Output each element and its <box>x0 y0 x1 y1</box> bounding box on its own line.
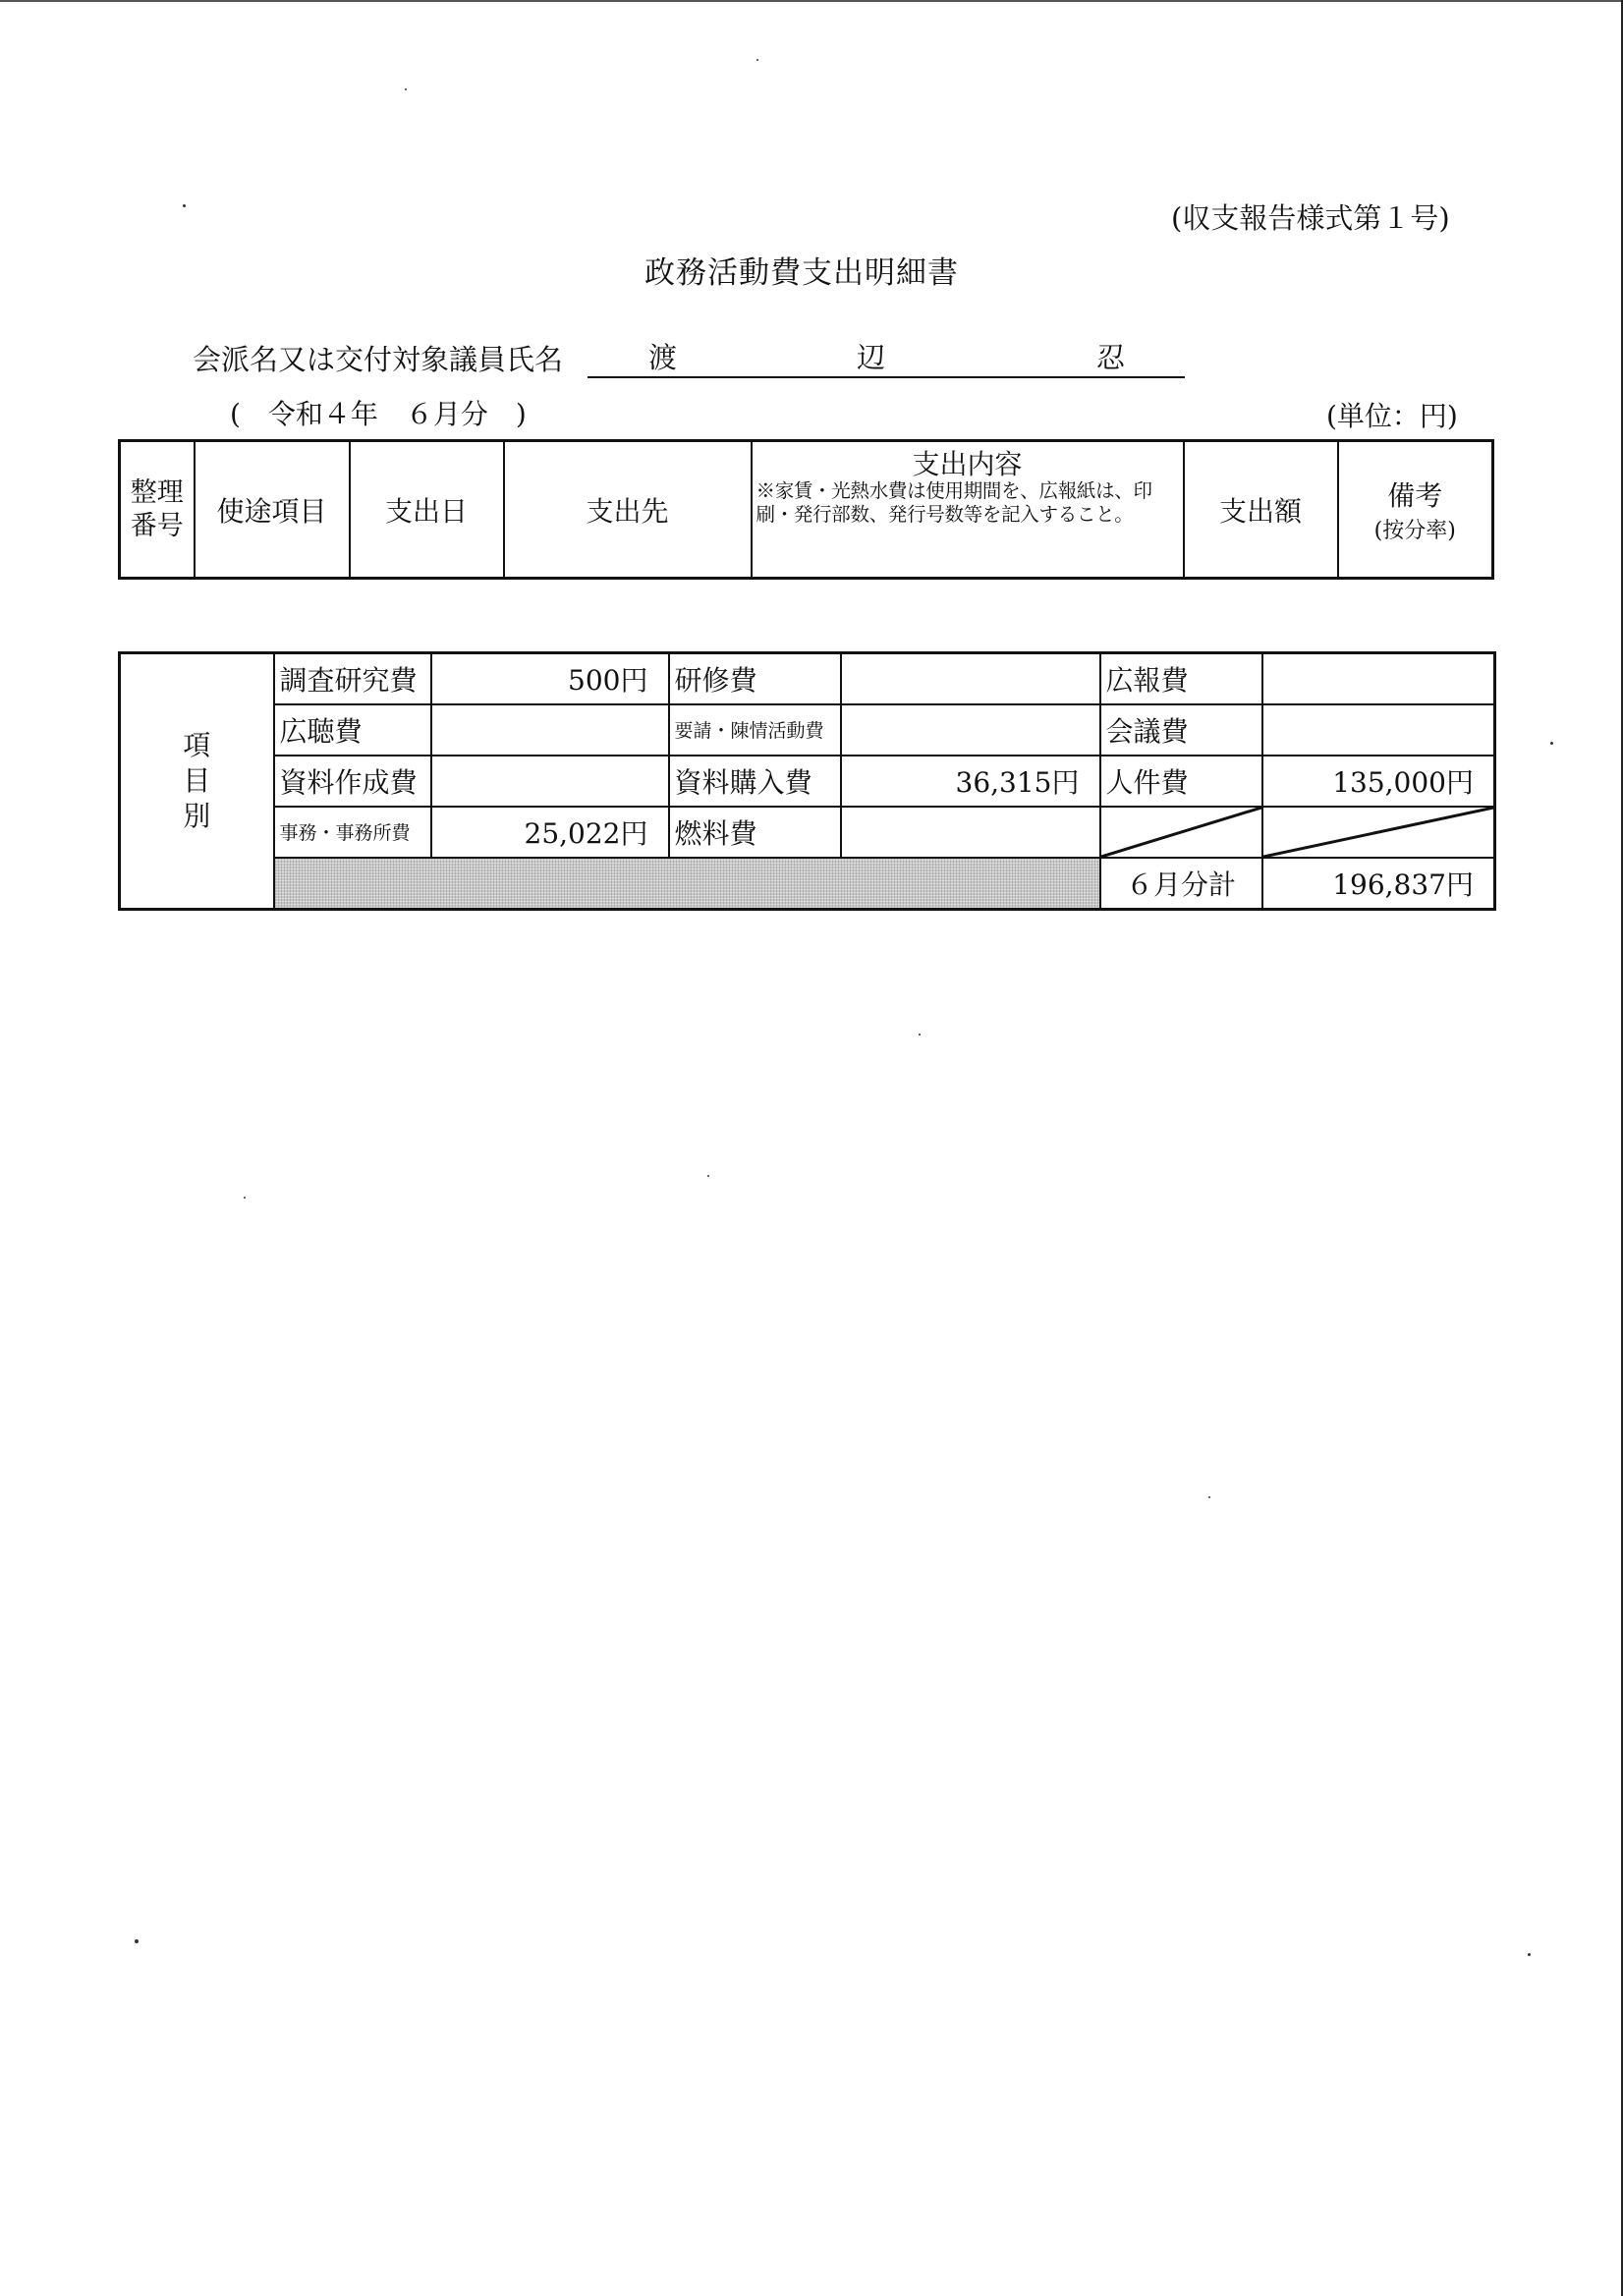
col-ref-number-line2: 番号 <box>131 511 184 541</box>
category-label: 広聴費 <box>274 704 431 756</box>
detail-header-row: 整理 番号 使途項目 支出日 支出先 支出内容 ※家賃・光熱水費は使用期間を、広… <box>120 441 1493 579</box>
scan-speck <box>707 1175 709 1177</box>
member-name-part-1: 渡 <box>648 336 677 376</box>
col-remarks-sub: (按分率) <box>1339 514 1492 544</box>
category-label: 要請・陳情活動費 <box>669 704 841 756</box>
scan-speck <box>244 1197 246 1199</box>
group-label-char-2: 目 <box>183 764 210 797</box>
document-title: 政務活動費支出明細書 <box>644 248 959 292</box>
category-label: 会議費 <box>1100 704 1262 756</box>
monthly-total-amount: 196,837円 <box>1262 858 1495 910</box>
group-label-by-item: 項 目 別 <box>120 653 274 910</box>
group-label-char-1: 項 <box>183 729 210 761</box>
category-label: 研修費 <box>669 653 841 705</box>
scan-speck <box>756 59 758 61</box>
col-purpose: 使途項目 <box>195 441 350 579</box>
category-amount: 500円 <box>431 653 669 705</box>
category-amount <box>431 704 669 756</box>
category-amount: 36,315円 <box>841 756 1100 807</box>
category-summary-table: 項 目 別 調査研究費 500円 研修費 広報費 広聴費 要請・陳情活動費 会議… <box>118 651 1496 911</box>
summary-row: 広聴費 要請・陳情活動費 会議費 <box>120 704 1495 756</box>
category-amount <box>841 807 1100 858</box>
col-payee: 支出先 <box>504 441 752 579</box>
col-ref-number: 整理 番号 <box>120 441 195 579</box>
summary-row: 事務・事務所費 25,022円 燃料費 <box>120 807 1495 858</box>
category-amount <box>841 653 1100 705</box>
expense-detail-table: 整理 番号 使途項目 支出日 支出先 支出内容 ※家賃・光熱水費は使用期間を、広… <box>118 439 1494 580</box>
col-description-note: ※家賃・光熱水費は使用期間を、広報紙は、印刷・発行部数、発行号数等を記入すること… <box>756 479 1179 527</box>
page-edge-top <box>0 0 1623 2</box>
summary-row: 資料作成費 資料購入費 36,315円 人件費 135,000円 <box>120 756 1495 807</box>
blank-diagonal-cell <box>1100 807 1262 858</box>
col-ref-number-line1: 整理 <box>131 477 184 508</box>
scan-speck <box>1208 1496 1210 1498</box>
scan-speck <box>183 204 186 207</box>
col-remarks: 備考 (按分率) <box>1338 441 1493 579</box>
scan-speck <box>1528 1953 1531 1956</box>
col-description: 支出内容 ※家賃・光熱水費は使用期間を、広報紙は、印刷・発行部数、発行号数等を記… <box>752 441 1184 579</box>
category-label: 燃料費 <box>669 807 841 858</box>
category-label: 資料購入費 <box>669 756 841 807</box>
category-label: 事務・事務所費 <box>274 807 431 858</box>
category-label: 資料作成費 <box>274 756 431 807</box>
member-name-part-2: 辺 <box>857 336 885 376</box>
category-amount <box>431 756 669 807</box>
scan-speck <box>919 1034 921 1036</box>
scan-speck <box>1550 742 1553 745</box>
category-amount: 135,000円 <box>1262 756 1495 807</box>
form-number: (収支報告様式第１号) <box>1171 196 1450 237</box>
diagonal-slash <box>1101 808 1261 857</box>
category-amount <box>1262 653 1495 705</box>
member-label: 会派名又は交付対象議員氏名 <box>193 338 563 378</box>
col-remarks-title: 備考 <box>1387 479 1442 512</box>
summary-row: 項 目 別 調査研究費 500円 研修費 広報費 <box>120 653 1495 705</box>
report-period: ( 令和４年 ６月分 ) <box>230 393 527 432</box>
col-amount: 支出額 <box>1184 441 1338 579</box>
category-label: 人件費 <box>1100 756 1262 807</box>
unit-label: (単位：円) <box>1326 395 1458 434</box>
group-label-char-3: 別 <box>183 800 210 832</box>
col-description-title: 支出内容 <box>756 450 1179 479</box>
scan-speck <box>405 88 407 90</box>
monthly-total-label: ６月分計 <box>1100 858 1262 910</box>
col-date: 支出日 <box>350 441 504 579</box>
category-amount: 25,022円 <box>431 807 669 858</box>
category-amount <box>841 704 1100 756</box>
diagonal-slash <box>1263 808 1494 857</box>
blank-diagonal-cell <box>1262 807 1495 858</box>
category-label: 広報費 <box>1100 653 1262 705</box>
member-name-underline <box>588 376 1185 378</box>
shaded-blank-area <box>274 858 1100 910</box>
summary-total-row: ６月分計 196,837円 <box>120 858 1495 910</box>
category-amount <box>1262 704 1495 756</box>
category-label: 調査研究費 <box>274 653 431 705</box>
member-name-part-3: 忍 <box>1096 336 1125 376</box>
scan-speck <box>135 1939 139 1943</box>
